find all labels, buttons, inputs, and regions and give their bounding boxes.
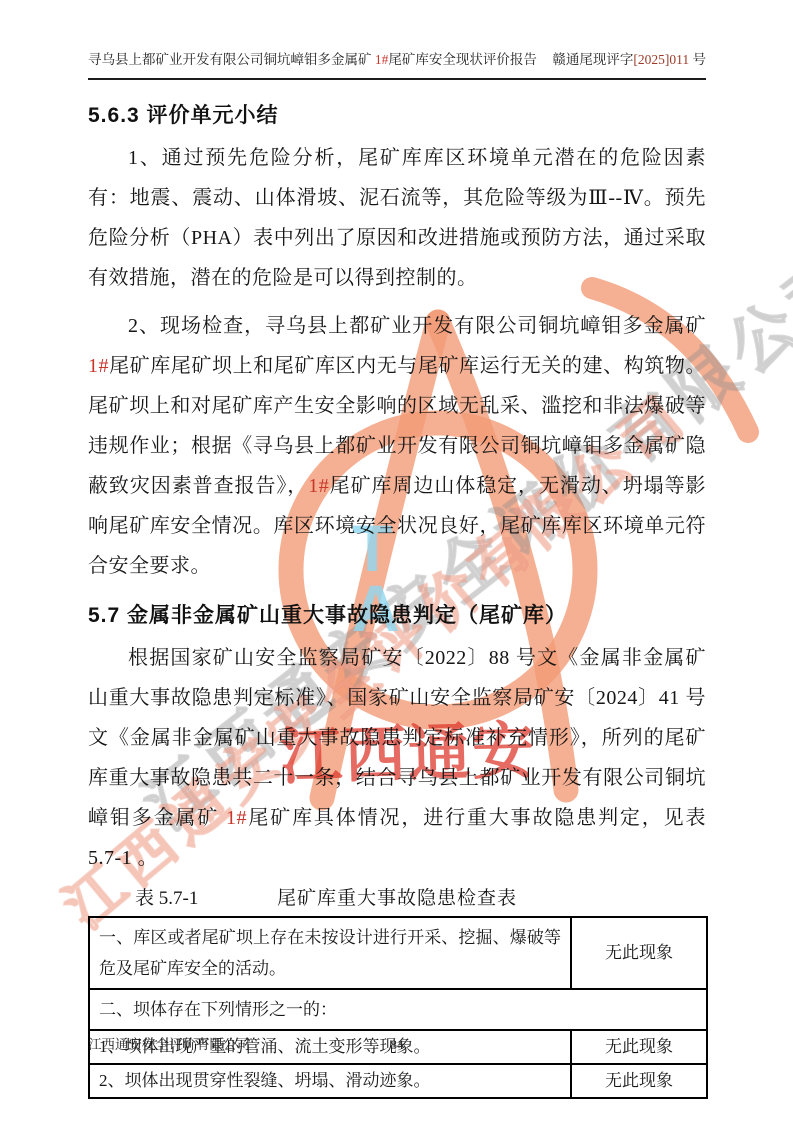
paragraph-site-inspection: 2、现场检查，寻乌县上都矿业开发有限公司铜坑嶂钼多金属矿 1#尾矿库尾矿坝上和尾… bbox=[88, 306, 706, 586]
hazard-item-cell: 二、坝体存在下列情形之一的： bbox=[89, 989, 707, 1030]
table-row: 2、坝体出现贯穿性裂缝、坍塌、滑动迹象。 无此现象 bbox=[89, 1064, 707, 1098]
page-header: 寻乌县上都矿业开发有限公司铜坑嶂钼多金属矿 1#尾矿库安全现状评价报告 赣通尾现… bbox=[88, 50, 706, 80]
section-heading-5-6-3: 5.6.3 评价单元小结 bbox=[88, 102, 706, 130]
table-caption-number: 表 5.7-1 bbox=[135, 884, 198, 914]
check-result-cell: 无此现象 bbox=[571, 1064, 707, 1098]
table-caption: 表 5.7-1 尾矿库重大事故隐患检查表 bbox=[88, 884, 706, 914]
footer-company-name: 江西通安安全评价有限公司 bbox=[88, 1037, 250, 1052]
header-report-title: 寻乌县上都矿业开发有限公司铜坑嶂钼多金属矿 1#尾矿库安全现状评价报告 bbox=[88, 50, 537, 70]
hazard-item-cell: 一、库区或者尾矿坝上存在未按设计进行开采、挖掘、爆破等危及尾矿库安全的活动。 bbox=[89, 917, 571, 989]
hazard-check-table: 一、库区或者尾矿坝上存在未按设计进行开采、挖掘、爆破等危及尾矿库安全的活动。 无… bbox=[88, 916, 708, 1099]
page-footer: 江西通安安全评价有限公司 84 bbox=[88, 1036, 706, 1054]
page-content: 寻乌县上都矿业开发有限公司铜坑嶂钼多金属矿 1#尾矿库安全现状评价报告 赣通尾现… bbox=[0, 0, 793, 1099]
check-result-cell: 无此现象 bbox=[571, 917, 707, 989]
table-row: 一、库区或者尾矿坝上存在未按设计进行开采、挖掘、爆破等危及尾矿库安全的活动。 无… bbox=[89, 917, 707, 989]
table-caption-title: 尾矿库重大事故隐患检查表 bbox=[277, 884, 517, 914]
section-heading-5-7: 5.7 金属非金属矿山重大事故隐患判定（尾矿库） bbox=[88, 602, 706, 630]
document-page: 江西通安安全评价有限公司 江西通安安全评价有限公司 TA 江西通安 寻乌县上都矿… bbox=[0, 0, 793, 1122]
paragraph-pha-analysis: 1、通过预先危险分析，尾矿库库区环境单元潜在的危险因素有：地震、震动、山体滑坡、… bbox=[88, 138, 706, 298]
header-doc-number: 赣通尾现评字[2025]011 号 bbox=[552, 50, 706, 70]
paragraph-hazard-criteria: 根据国家矿山安全监察局矿安〔2022〕88 号文《金属非金属矿山重大事故隐患判定… bbox=[88, 638, 706, 878]
page-number: 84 bbox=[391, 1036, 404, 1054]
table-row: 二、坝体存在下列情形之一的： bbox=[89, 989, 707, 1030]
hazard-item-cell: 2、坝体出现贯穿性裂缝、坍塌、滑动迹象。 bbox=[89, 1064, 571, 1098]
